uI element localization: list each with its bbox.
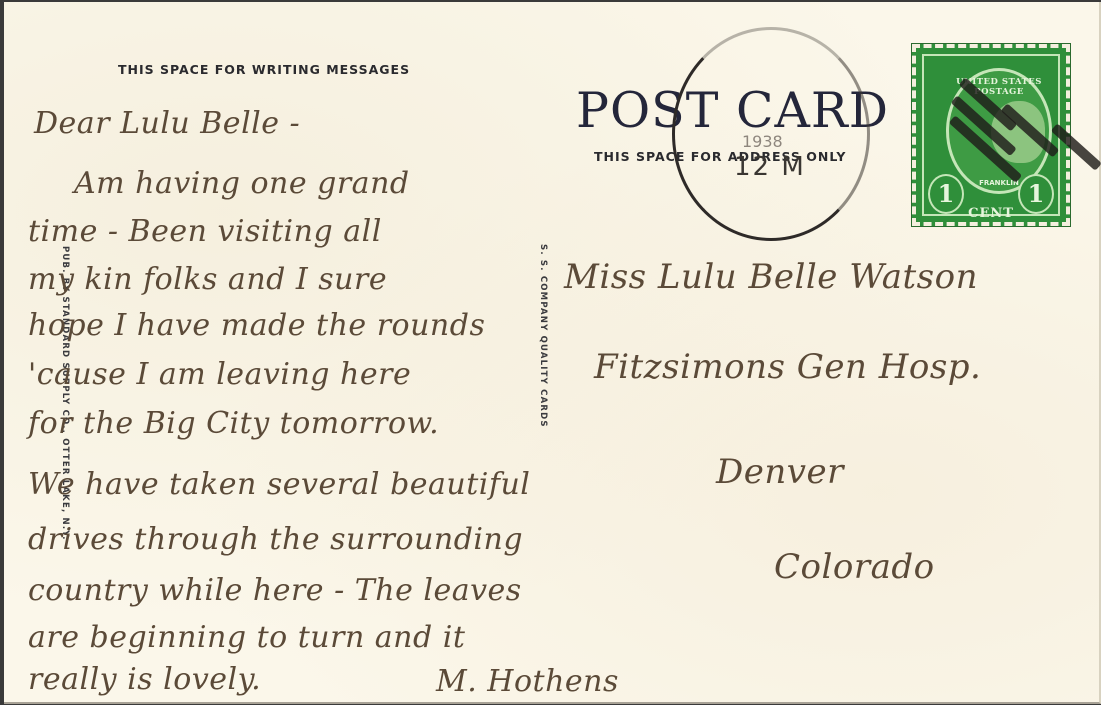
- message-signature: M. Hothens: [436, 664, 619, 699]
- address-city: Denver: [716, 452, 844, 492]
- address-recipient: Miss Lulu Belle Watson: [564, 257, 978, 297]
- postcard-back: THIS SPACE FOR WRITING MESSAGES POST CAR…: [4, 2, 1101, 704]
- postmark-time: 12 M: [734, 152, 806, 182]
- postmark-year: 1938: [742, 132, 783, 151]
- message-line: Am having one grand: [74, 166, 410, 201]
- address-state: Colorado: [774, 547, 935, 587]
- maker-imprint: S. S. COMPANY QUALITY CARDS: [538, 244, 548, 428]
- message-line: for the Big City tomorrow.: [28, 406, 439, 441]
- message-line: my kin folks and I sure: [28, 262, 387, 297]
- stamp-denomination: CENT: [924, 206, 1058, 221]
- message-line: country while here - The leaves: [28, 573, 522, 608]
- address-institution: Fitzsimons Gen Hosp.: [594, 347, 981, 387]
- message-line: We have taken several beautiful: [28, 467, 530, 502]
- message-line: 'cause I am leaving here: [28, 357, 411, 392]
- message-line: Dear Lulu Belle -: [34, 106, 300, 141]
- message-line: are beginning to turn and it: [28, 620, 465, 655]
- message-space-heading: THIS SPACE FOR WRITING MESSAGES: [118, 62, 410, 77]
- message-line: hope I have made the rounds: [28, 308, 485, 343]
- message-line: really is lovely.: [28, 662, 261, 697]
- message-line: drives through the surrounding: [28, 522, 523, 557]
- message-line: time - Been visiting all: [28, 214, 382, 249]
